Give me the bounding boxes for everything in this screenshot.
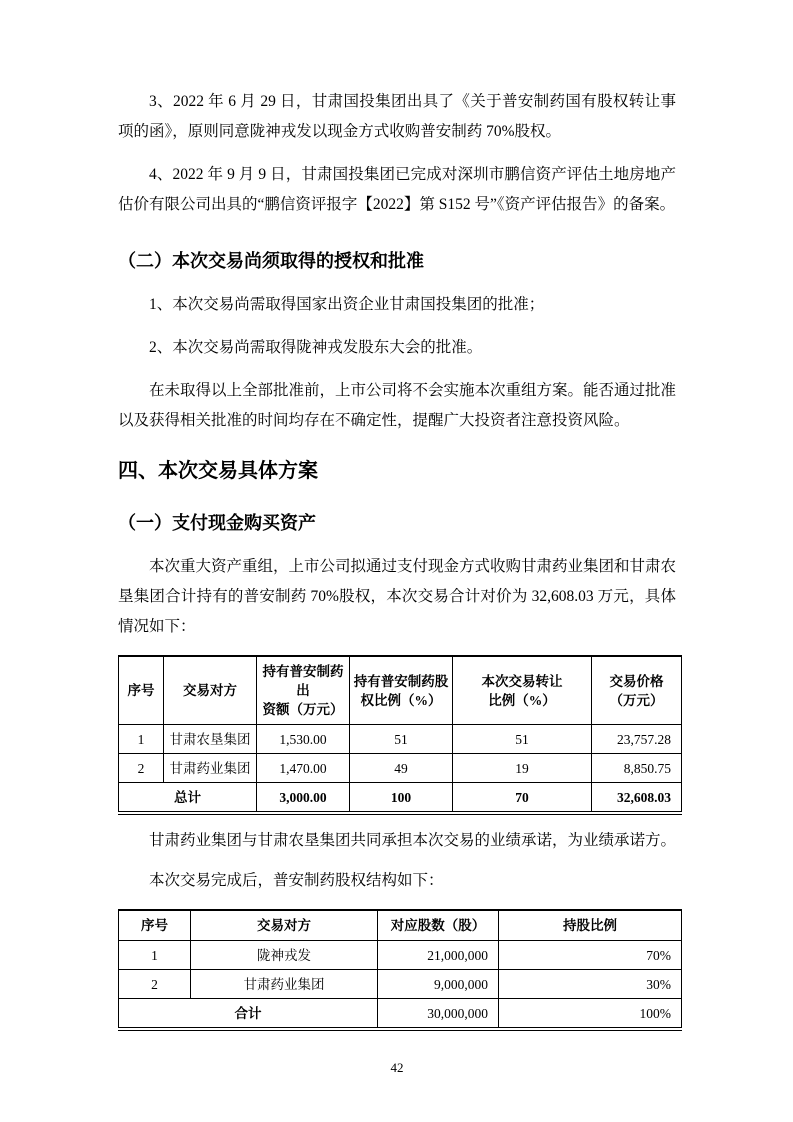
payment-col-party: 交易对方 [164, 656, 257, 725]
paragraph-pending-approval-2: 2、本次交易尚需取得陇神戎发股东大会的批准。 [118, 333, 676, 363]
cell-party: 甘肃药业集团 [191, 970, 378, 999]
payment-col-price: 交易价格 （万元） [592, 656, 682, 725]
cell-total-equity-pct: 100 [350, 783, 453, 814]
equity-structure-table: 序号 交易对方 对应股数（股） 持股比例 1 陇神戎发 21,000,000 7… [118, 909, 682, 1031]
page-number: 42 [118, 1060, 676, 1076]
payment-col-seq: 序号 [119, 656, 164, 725]
cell-transfer-pct: 19 [453, 754, 592, 783]
equity-table-row: 2 甘肃药业集团 9,000,000 30% [119, 970, 682, 999]
cell-party: 陇神戎发 [191, 941, 378, 970]
cell-transfer-pct: 51 [453, 725, 592, 754]
payment-table-header-row: 序号 交易对方 持有普安制药出 资额（万元） 持有普安制药股 权比例（%） 本次… [119, 656, 682, 725]
paragraph-risk-warning: 在未取得以上全部批准前，上市公司将不会实施本次重组方案。能否通过批准以及获得相关… [118, 376, 676, 436]
cell-shares: 21,000,000 [378, 941, 499, 970]
cell-capital: 1,530.00 [257, 725, 350, 754]
cell-price: 8,850.75 [592, 754, 682, 783]
equity-col-seq: 序号 [119, 910, 191, 941]
payment-col-capital: 持有普安制药出 资额（万元） [257, 656, 350, 725]
cell-shares: 9,000,000 [378, 970, 499, 999]
paragraph-equity-structure-intro: 本次交易完成后，普安制药股权结构如下： [118, 866, 676, 896]
equity-table-row: 1 陇神戎发 21,000,000 70% [119, 941, 682, 970]
cell-total-label: 合计 [119, 999, 378, 1030]
heading-section-4-transaction-plan: 四、本次交易具体方案 [118, 458, 676, 484]
cell-ratio: 30% [499, 970, 682, 999]
heading-section-4-1-cash-purchase: （一）支付现金购买资产 [118, 511, 676, 535]
equity-col-ratio: 持股比例 [499, 910, 682, 941]
cell-seq: 2 [119, 754, 164, 783]
paragraph-approval-progress-3: 3、2022 年 6 月 29 日，甘肃国投集团出具了《关于普安制药国有股权转让… [118, 87, 676, 147]
cell-party: 甘肃农垦集团 [164, 725, 257, 754]
paragraph-approval-progress-4: 4、2022 年 9 月 9 日，甘肃国投集团已完成对深圳市鹏信资产评估土地房地… [118, 160, 676, 220]
cell-seq: 1 [119, 725, 164, 754]
paragraph-plan-intro: 本次重大资产重组，上市公司拟通过支付现金方式收购甘肃药业集团和甘肃农垦集团合计持… [118, 552, 676, 642]
cell-equity-pct: 49 [350, 754, 453, 783]
payment-table-row: 1 甘肃农垦集团 1,530.00 51 51 23,757.28 [119, 725, 682, 754]
equity-table-header-row: 序号 交易对方 对应股数（股） 持股比例 [119, 910, 682, 941]
cell-party: 甘肃药业集团 [164, 754, 257, 783]
cell-total-shares: 30,000,000 [378, 999, 499, 1030]
payment-table: 序号 交易对方 持有普安制药出 资额（万元） 持有普安制药股 权比例（%） 本次… [118, 655, 682, 815]
equity-col-party: 交易对方 [191, 910, 378, 941]
equity-col-shares: 对应股数（股） [378, 910, 499, 941]
payment-table-row: 2 甘肃药业集团 1,470.00 49 19 8,850.75 [119, 754, 682, 783]
cell-equity-pct: 51 [350, 725, 453, 754]
document-content: 3、2022 年 6 月 29 日，甘肃国投集团出具了《关于普安制药国有股权转让… [0, 0, 793, 1076]
cell-total-capital: 3,000.00 [257, 783, 350, 814]
payment-col-equity-pct: 持有普安制药股 权比例（%） [350, 656, 453, 725]
heading-section-2-authorizations: （二）本次交易尚须取得的授权和批准 [118, 249, 676, 273]
cell-ratio: 70% [499, 941, 682, 970]
cell-price: 23,757.28 [592, 725, 682, 754]
cell-seq: 1 [119, 941, 191, 970]
cell-total-label: 总计 [119, 783, 257, 814]
equity-table-total-row: 合计 30,000,000 100% [119, 999, 682, 1030]
document-page: 3、2022 年 6 月 29 日，甘肃国投集团出具了《关于普安制药国有股权转让… [0, 0, 793, 1122]
cell-seq: 2 [119, 970, 191, 999]
payment-col-transfer-pct: 本次交易转让 比例（%） [453, 656, 592, 725]
cell-total-price: 32,608.03 [592, 783, 682, 814]
paragraph-pending-approval-1: 1、本次交易尚需取得国家出资企业甘肃国投集团的批准； [118, 290, 676, 320]
paragraph-performance-commitment: 甘肃药业集团与甘肃农垦集团共同承担本次交易的业绩承诺，为业绩承诺方。 [118, 826, 676, 856]
cell-capital: 1,470.00 [257, 754, 350, 783]
cell-total-ratio: 100% [499, 999, 682, 1030]
cell-total-transfer-pct: 70 [453, 783, 592, 814]
payment-table-total-row: 总计 3,000.00 100 70 32,608.03 [119, 783, 682, 814]
